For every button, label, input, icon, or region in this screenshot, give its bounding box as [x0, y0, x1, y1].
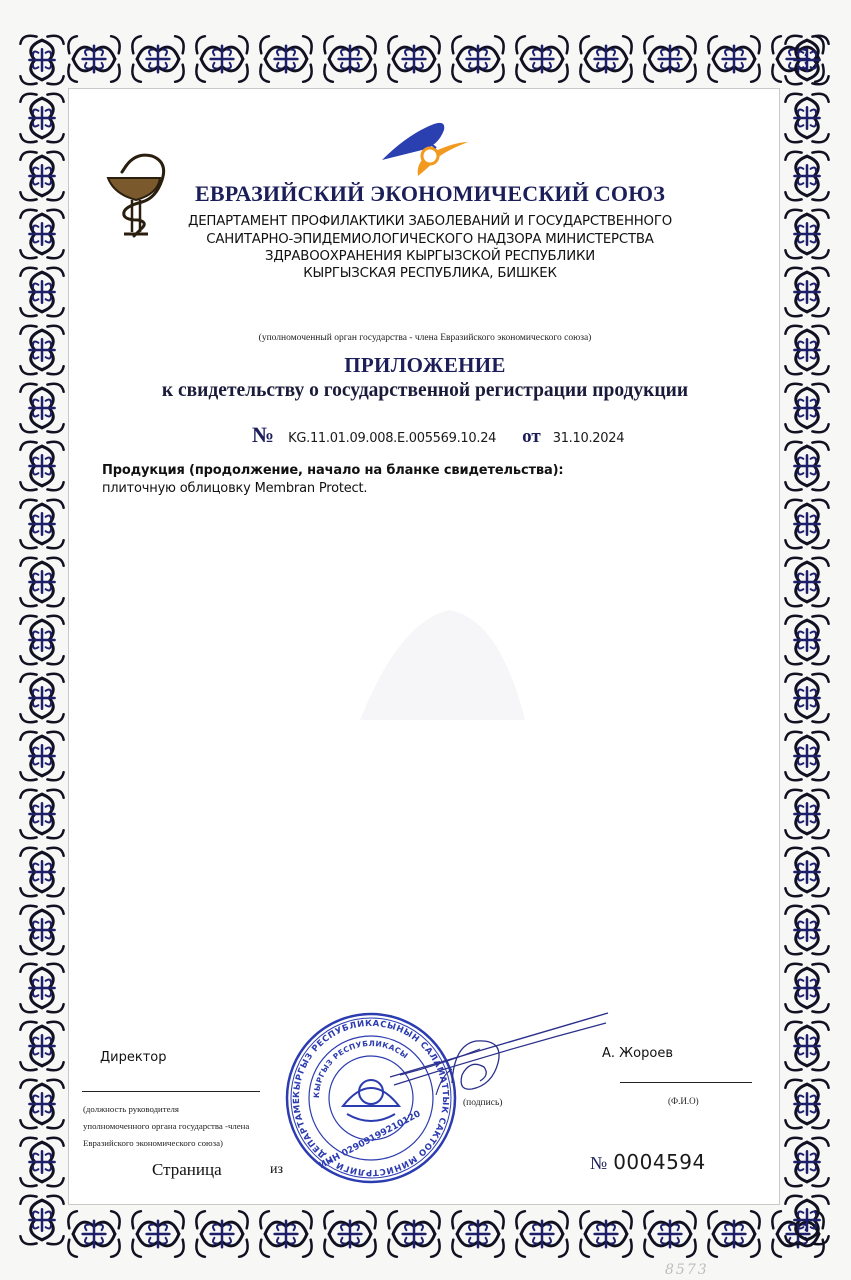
number-sign: № — [252, 422, 274, 448]
authority-note: (уполномоченный орган государства - член… — [120, 333, 730, 343]
ornamental-border-left — [16, 30, 68, 1263]
department-line-2: САНИТАРНО-ЭПИДЕМИОЛОГИЧЕСКОГО НАДЗОРА МИ… — [130, 232, 730, 247]
page-label: Страница — [152, 1160, 222, 1180]
position-note-line-1: (должность руководителя — [83, 1104, 179, 1114]
signature-caption: (подпись) — [463, 1098, 502, 1108]
ornamental-border-bottom — [16, 1205, 833, 1263]
department-line-3: ЗДРАВООХРАНЕНИЯ КЫРГЫЗСКОЙ РЕСПУБЛИКИ — [130, 249, 730, 264]
serial-number-sign: № — [590, 1153, 607, 1174]
name-caption: (Ф.И.О) — [668, 1096, 699, 1106]
annex-subtitle: к свидетельству о государственной регист… — [100, 380, 750, 402]
form-serial: № 0004594 — [590, 1150, 706, 1174]
product-label: Продукция (продолжение, начало на бланке… — [102, 463, 563, 478]
department-line-1: ДЕПАРТАМЕНТ ПРОФИЛАКТИКИ ЗАБОЛЕВАНИЙ И Г… — [130, 214, 730, 229]
name-signature-line — [620, 1082, 752, 1083]
emblem-watermark — [340, 580, 540, 740]
pencil-annotation: 8573 — [665, 1262, 709, 1278]
ornamental-border-right — [781, 30, 833, 1263]
department-line-4: КЫРГЫЗСКАЯ РЕСПУБЛИКА, БИШКЕК — [130, 266, 730, 281]
registration-row: № KG.11.01.09.008.E.005569.10.24 от 31.1… — [252, 422, 624, 446]
annex-title: ПРИЛОЖЕНИЕ — [120, 353, 730, 378]
position-signature-line — [82, 1091, 260, 1092]
ornamental-border-top — [16, 30, 833, 88]
page-of-label: из — [270, 1162, 283, 1178]
registration-date: 31.10.2024 — [553, 431, 624, 446]
signer-name: А. Жороев — [602, 1046, 673, 1061]
union-title: ЕВРАЗИЙСКИЙ ЭКОНОМИЧЕСКИЙ СОЮЗ — [150, 181, 710, 207]
serial-number: 0004594 — [613, 1150, 706, 1174]
date-label: от — [522, 426, 541, 448]
position-note-line-3: Евразийского экономического союза) — [83, 1138, 223, 1148]
director-position: Директор — [100, 1050, 167, 1065]
product-value: плиточную облицовку Membran Protect. — [102, 481, 367, 496]
eaeu-emblem-icon — [378, 116, 474, 180]
position-note-line-2: уполномоченного органа государства -член… — [83, 1121, 249, 1131]
handwritten-signature — [380, 1005, 610, 1105]
registration-number: KG.11.01.09.008.E.005569.10.24 — [288, 431, 496, 446]
